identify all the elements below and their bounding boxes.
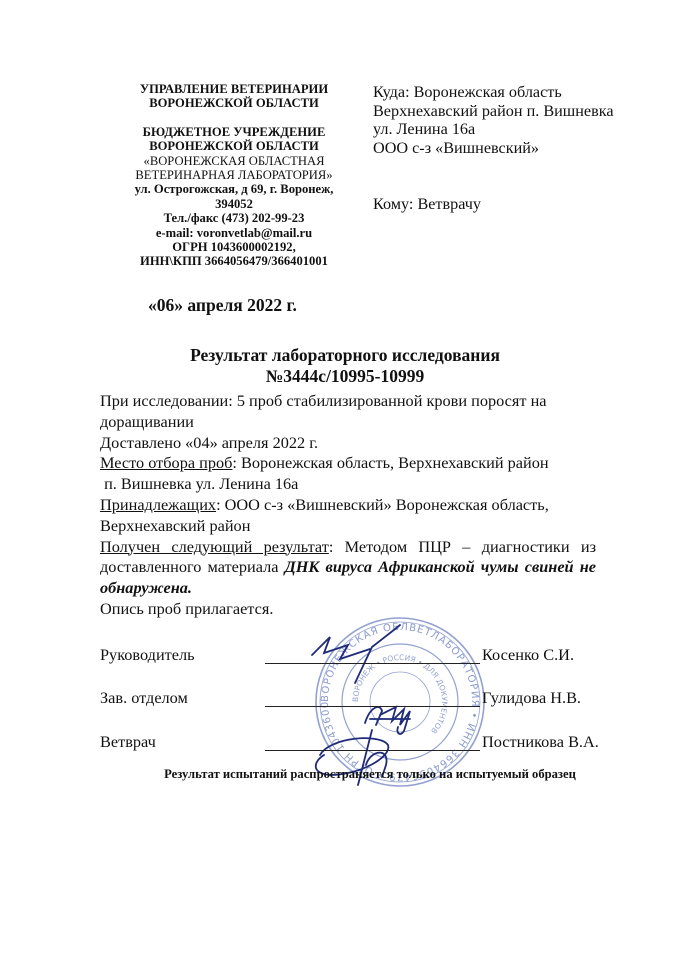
- sampling-label: Место отбора проб: [100, 453, 232, 472]
- institution-line-2: ВОРОНЕЖСКОЙ ОБЛАСТИ: [100, 139, 368, 153]
- lab-name-line-1: «ВОРОНЕЖСКАЯ ОБЛАСТНАЯ: [100, 154, 368, 168]
- lab-name-line-2: ВЕТЕРИНАРНАЯ ЛАБОРАТОРИЯ»: [100, 168, 368, 182]
- delivered-date: Доставлено «04» апреля 2022 г.: [100, 433, 596, 454]
- inn-kpp: ИНН\КПП 3664056479/366401001: [100, 254, 368, 268]
- email: e-mail: voronvetlab@mail.ru: [100, 226, 368, 240]
- authority-line-1: УПРАВЛЕНИЕ ВЕТЕРИНАРИИ: [100, 82, 368, 96]
- document-title: Результат лабораторного исследования №34…: [100, 345, 590, 387]
- result: Получен следующий результат: Методом ПЦР…: [100, 537, 596, 599]
- recipient-block: Куда: Воронежская область Верхнехавский …: [373, 83, 673, 214]
- signature-name: Косенко С.И.: [482, 645, 574, 665]
- recipient-line-4: ООО с-з «Вишневский»: [373, 139, 673, 158]
- title-number: №3444с/10995-10999: [100, 366, 590, 387]
- address-line-2: 394052: [100, 197, 368, 211]
- owner: Принадлежащих: ООО с-з «Вишневский» Воро…: [100, 495, 580, 537]
- title-line-1: Результат лабораторного исследования: [100, 345, 590, 366]
- footer-disclaimer: Результат испытаний распространяется тол…: [100, 767, 640, 782]
- signature-line: [265, 750, 480, 751]
- owner-label: Принадлежащих: [100, 495, 216, 514]
- signature-name: Постникова В.А.: [482, 732, 599, 752]
- signature-role: Ветврач: [100, 732, 156, 752]
- document-body: При исследовании: 5 проб стабилизированн…: [100, 391, 596, 620]
- recipient-line-3: ул. Ленина 16а: [373, 120, 673, 139]
- signature-role: Зав. отделом: [100, 688, 188, 708]
- result-label: Получен следующий результат: [100, 537, 329, 556]
- sampling-place: Место отбора проб: Воронежская область, …: [100, 453, 596, 474]
- address-line-1: ул. Острогожская, д 69, г. Воронеж,: [100, 182, 368, 196]
- ogrn: ОГРН 1043600002192,: [100, 240, 368, 254]
- signature-role: Руководитель: [100, 645, 195, 665]
- authority-line-2: ВОРОНЕЖСКОЙ ОБЛАСТИ: [100, 96, 368, 110]
- signature-row-head: Руководитель Косенко С.И.: [100, 645, 620, 669]
- document-date: «06» апреля 2022 г.: [148, 295, 297, 316]
- signature-row-dept: Зав. отделом Гулидова Н.В.: [100, 688, 620, 712]
- sender-block: УПРАВЛЕНИЕ ВЕТЕРИНАРИИ ВОРОНЕЖСКОЙ ОБЛАС…: [100, 82, 368, 269]
- recipient-line-2: Верхнехавский район п. Вишневка: [373, 102, 673, 121]
- sampling-place-cont: п. Вишневка ул. Ленина 16а: [100, 474, 596, 495]
- recipient-line-1: Куда: Воронежская область: [373, 83, 673, 102]
- signature-name: Гулидова Н.В.: [482, 688, 581, 708]
- recipient-whom: Кому: Ветврачу: [373, 195, 673, 214]
- signature-line: [265, 706, 480, 707]
- signature-line: [265, 663, 480, 664]
- study-description: При исследовании: 5 проб стабилизированн…: [100, 391, 596, 433]
- phone: Тел./факс (473) 202-99-23: [100, 211, 368, 225]
- signature-row-vet: Ветврач Постникова В.А.: [100, 732, 620, 756]
- sampling-value: : Воронежская область, Верхнехавский рай…: [232, 453, 548, 472]
- institution-line-1: БЮДЖЕТНОЕ УЧРЕЖДЕНИЕ: [100, 125, 368, 139]
